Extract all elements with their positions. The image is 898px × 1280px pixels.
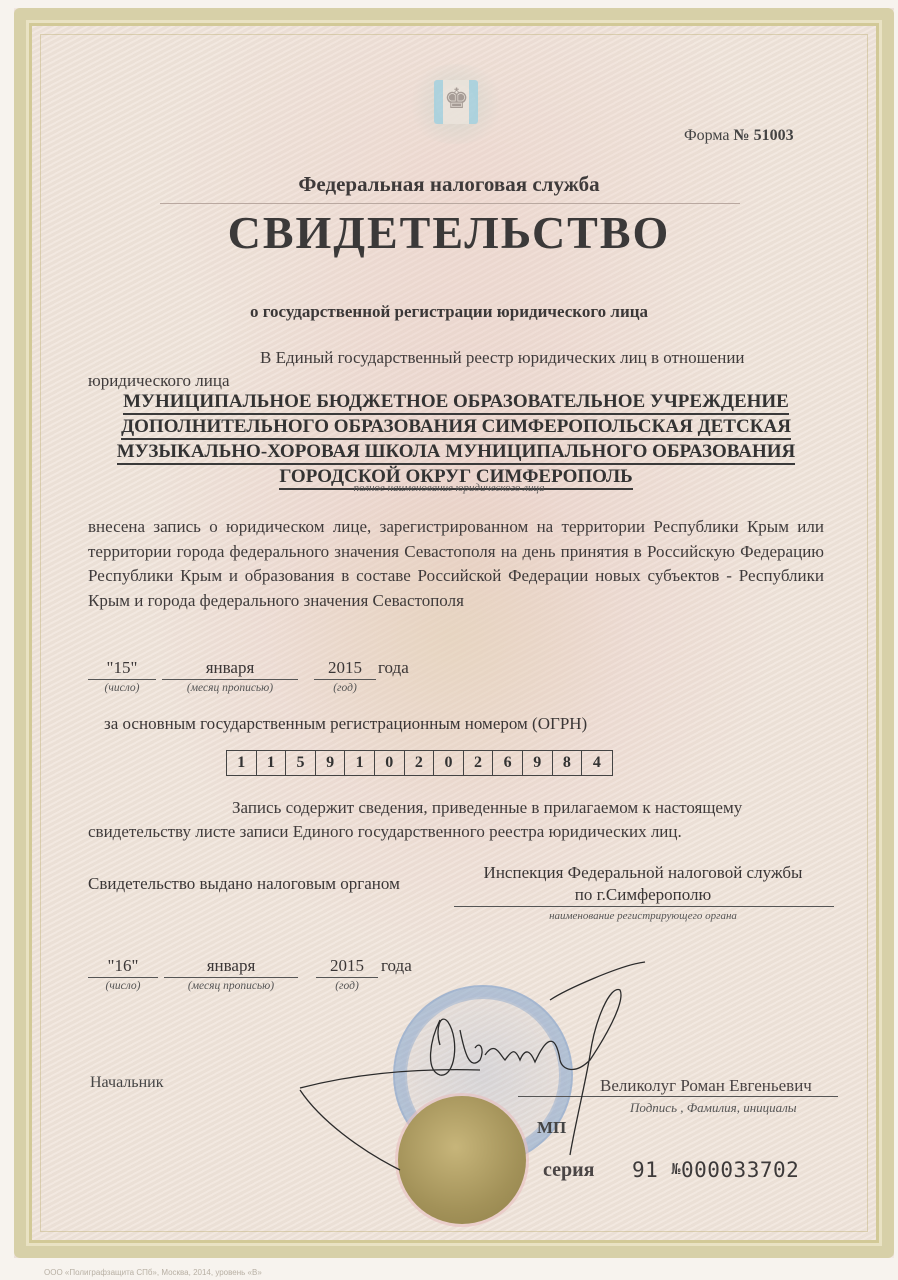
- registration-day: "15": [88, 658, 156, 680]
- ogrn-digit: 1: [227, 751, 257, 775]
- ogrn-digit: 1: [345, 751, 375, 775]
- year-caption: (год): [314, 682, 376, 694]
- form-number: Форма № 51003: [684, 127, 794, 145]
- year-caption: (год): [316, 980, 378, 992]
- ogrn-digit: 9: [316, 751, 346, 775]
- issuer-name: Инспекция Федеральной налоговой службы п…: [454, 862, 832, 906]
- serial-number: 91 №000033702: [632, 1158, 799, 1182]
- entity-name-line: МУНИЦИПАЛЬНОЕ БЮДЖЕТНОЕ ОБРАЗОВАТЕЛЬНОЕ …: [123, 392, 789, 415]
- ogrn-digit: 2: [405, 751, 435, 775]
- issuer-caption: наименование регистрирующего органа: [454, 910, 832, 922]
- signature-line: [518, 1096, 838, 1097]
- issue-year-suffix: года: [381, 956, 412, 976]
- record-note-line-2: свидетельству листе записи Единого госуд…: [88, 820, 682, 844]
- ogrn-digit: 4: [582, 751, 612, 775]
- document-title: СВИДЕТЕЛЬСТВО: [0, 206, 898, 259]
- form-number-value: № 51003: [734, 127, 794, 144]
- month-caption: (месяц прописью): [162, 682, 298, 694]
- issuer-underline: [454, 906, 834, 907]
- record-statement: внесена запись о юридическом лице, зарег…: [88, 515, 824, 613]
- issue-day: "16": [88, 956, 158, 978]
- entity-name-caption: полное наименование юридического лица: [0, 482, 898, 494]
- eagle-icon: ♚: [444, 82, 468, 118]
- month-caption: (месяц прописью): [164, 980, 298, 992]
- number-sign: №: [671, 1160, 681, 1178]
- serial-label: серия: [543, 1159, 594, 1182]
- gold-seal: [398, 1096, 526, 1224]
- entity-name-line: МУЗЫКАЛЬНО-ХОРОВАЯ ШКОЛА МУНИЦИПАЛЬНОГО …: [117, 442, 795, 465]
- serial-series: 91: [632, 1158, 658, 1182]
- day-caption: (число): [88, 682, 156, 694]
- ogrn-digit: 2: [464, 751, 494, 775]
- entity-name: МУНИЦИПАЛЬНОЕ БЮДЖЕТНОЕ ОБРАЗОВАТЕЛЬНОЕ …: [88, 390, 824, 490]
- issue-year: 2015: [316, 956, 378, 978]
- record-note-line-1: Запись содержит сведения, приведенные в …: [232, 796, 742, 820]
- registration-year-suffix: года: [378, 658, 409, 678]
- ogrn-digit: 0: [434, 751, 464, 775]
- ogrn-digit: 8: [553, 751, 583, 775]
- document-subtitle: о государственной регистрации юридическо…: [0, 302, 898, 322]
- issuer-name-line-2: по г.Симферополю: [454, 884, 832, 906]
- ogrn-digit: 9: [523, 751, 553, 775]
- ogrn-label: за основным государственным регистрацион…: [104, 714, 587, 734]
- issue-month: января: [164, 956, 298, 978]
- ogrn-digit: 1: [257, 751, 287, 775]
- ogrn-digit: 6: [493, 751, 523, 775]
- agency-name: Федеральная налоговая служба: [0, 172, 898, 197]
- issuer-name-line-1: Инспекция Федеральной налоговой службы: [454, 862, 832, 884]
- registration-year: 2015: [314, 658, 376, 680]
- day-caption: (число): [88, 980, 158, 992]
- state-emblem-icon: ♚: [404, 64, 508, 144]
- signature-caption: Подпись , Фамилия, инициалы: [630, 1100, 797, 1116]
- ogrn-digit: 5: [286, 751, 316, 775]
- ogrn-digit: 0: [375, 751, 405, 775]
- intro-line-1: В Единый государственный реестр юридичес…: [260, 346, 745, 370]
- issuer-label: Свидетельство выдано налоговым органом: [88, 874, 400, 894]
- printer-imprint: ООО «Полиграфзащита СПб», Москва, 2014, …: [44, 1268, 262, 1277]
- form-label: Форма: [684, 127, 730, 144]
- registration-month: января: [162, 658, 298, 680]
- serial-number-value: 000033702: [681, 1158, 799, 1182]
- ogrn-number: 1159102026984: [226, 750, 613, 776]
- signer-position: Начальник: [90, 1074, 163, 1092]
- agency-divider: [160, 203, 740, 204]
- signer-name: Великолуг Роман Евгеньевич: [600, 1076, 812, 1096]
- seal-mark: МП: [537, 1118, 566, 1138]
- entity-name-line: ДОПОЛНИТЕЛЬНОГО ОБРАЗОВАНИЯ СИМФЕРОПОЛЬС…: [121, 417, 791, 440]
